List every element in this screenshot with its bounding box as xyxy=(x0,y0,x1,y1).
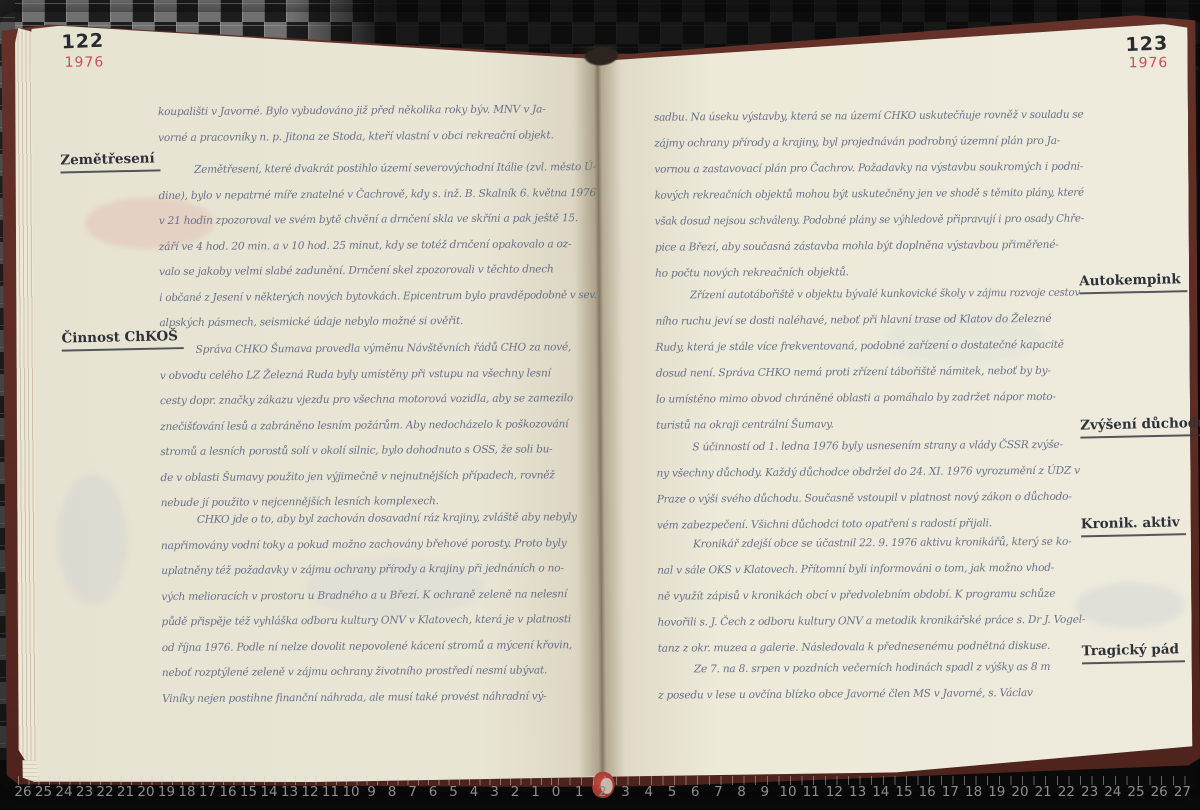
handwritten-line: vorné a pracovníky n. p. Jitona ze Stoda… xyxy=(158,123,590,152)
handwritten-line: ního ruchu jeví se dosti naléhavé, neboť… xyxy=(655,306,1079,335)
handwritten-line: Zemětřesení, které dvakrát postihlo územ… xyxy=(158,155,587,183)
handwritten-line: dosud není. Správa CHKO nemá proti zříze… xyxy=(656,358,1080,387)
handwritten-line: Praze o výši svého důchodu. Současně vst… xyxy=(657,484,1081,513)
handwritten-line: Zřízení autotábořiště v objektu bývalé k… xyxy=(655,280,1064,309)
handwritten-line: Rudy, která je stále více frekventovaná,… xyxy=(656,332,1080,361)
paragraph: S účinností od 1. ledna 1976 byly usnese… xyxy=(656,432,1081,539)
handwritten-line: valo se jakoby velmi slabé zadunění. Drn… xyxy=(159,257,591,286)
handwritten-line: vornou a zastavovací plán pro Čachrov. P… xyxy=(654,154,1076,183)
handwritten-line: alpských pásmech, seismické údaje nebylo… xyxy=(159,308,591,337)
page-number-stamp-right: 123 xyxy=(1125,32,1169,56)
handwritten-line: znečišťování lesů a zabráněno lesním pož… xyxy=(160,412,592,441)
ink-bleed xyxy=(56,474,127,604)
paragraph: Ze 7. na 8. srpen v pozdních večerních h… xyxy=(658,654,1082,709)
handwritten-line: půdě přispěje též vyhláška odboru kultur… xyxy=(161,607,593,636)
left-page-handwriting: koupališti v Javorné. Bylo vybudováno ji… xyxy=(157,16,594,779)
margin-note: Tragický pád xyxy=(1082,641,1186,664)
paragraph: sadbu. Na úseku výstavby, která se na úz… xyxy=(654,102,1079,287)
handwritten-line: de v oblasti Šumavy použito jen výjimečn… xyxy=(160,463,592,492)
handwritten-line: koupališti v Javorné. Bylo vybudováno ji… xyxy=(158,97,590,126)
handwritten-line: v obvodu celého LZ Železná Ruda byly umí… xyxy=(160,361,592,390)
handwritten-line: z posedu v lese u ovčína blízko obce Jav… xyxy=(658,680,1082,709)
chronicle-photo: 122 1976 123 1976 ZemětřeseníČinnost ChK… xyxy=(0,0,1200,810)
paragraph: Správa CHKO Šumava provedla výměnu Návšt… xyxy=(160,335,593,517)
handwritten-line: ny všechny důchody. Každý důchodce obdrž… xyxy=(656,458,1080,487)
handwritten-line: lo umístěno mimo obvod chráněné oblasti … xyxy=(656,384,1080,413)
margin-note: Kronik. aktiv xyxy=(1081,514,1186,537)
handwritten-line: hovořili s. J. Čech z odboru kultury ONV… xyxy=(657,607,1081,636)
paragraph: Kronikář zdejší obce se účastnil 22. 9. … xyxy=(657,529,1082,662)
handwritten-line: dine), bylo v nepatrné míře znatelné v Č… xyxy=(158,181,588,210)
paragraph: Zřízení autotábořiště v objektu bývalé k… xyxy=(655,280,1080,439)
handwritten-line: napřimovány vodní toky a pokud možno zac… xyxy=(161,531,593,560)
handwritten-line: CHKO jde o to, aby byl zachován dosavadn… xyxy=(161,505,593,534)
paragraph: koupališti v Javorné. Bylo vybudováno ji… xyxy=(158,97,590,151)
handwritten-line: od října 1976. Podle ní nelze dovolit ne… xyxy=(162,633,594,662)
handwritten-line: zájmy ochrany přírody a krajiny, byl pro… xyxy=(654,128,1078,157)
bookmark-ribbon-icon xyxy=(593,768,619,798)
handwritten-line: S účinností od 1. ledna 1976 byly usnese… xyxy=(656,432,1080,461)
handwritten-line: kových rekreačních objektů mohou být usk… xyxy=(654,180,1065,209)
handwritten-line: uplatněny též požadavky v zájmu ochrany … xyxy=(161,556,593,585)
right-page-handwriting: sadbu. Na úseku výstavby, která se na úz… xyxy=(653,13,1082,776)
handwritten-line: září ve 4 hod. 20 min. a v 10 hod. 25 mi… xyxy=(159,232,591,261)
handwritten-line: pice a Březí, aby současná zástavba mohl… xyxy=(655,232,1079,261)
handwritten-line: sadbu. Na úseku výstavby, která se na úz… xyxy=(654,102,1073,131)
handwritten-line: i občané z Jesení v některých nových byt… xyxy=(159,283,579,311)
handwritten-line: Viníky nejen postihne finanční náhrada, … xyxy=(162,684,594,713)
margin-note: Zvýšení důchodů xyxy=(1080,415,1200,439)
paragraph: Zemětřesení, které dvakrát postihlo územ… xyxy=(158,155,591,337)
margin-note: Zemětřesení xyxy=(60,150,161,173)
handwritten-line: však dosud nejsou schváleny. Podobné plá… xyxy=(655,206,1067,235)
page-number-stamp-left: 122 xyxy=(61,30,105,54)
handwritten-line: vých melioracích v prostoru u Bradného a… xyxy=(161,582,593,611)
handwritten-line: cesty dopr. značky zákazu vjezdu pro vše… xyxy=(160,386,592,415)
handwritten-line: Správa CHKO Šumava provedla výměnu Návšt… xyxy=(160,335,592,364)
margin-note: Autokempink xyxy=(1079,271,1187,294)
handwritten-line: stromů a lesních porostů solí v okolí si… xyxy=(160,437,592,466)
handwritten-line: ně využít zápisů v kronikách obcí v před… xyxy=(657,581,1081,610)
handwritten-line: nal v sále OKS v Klatovech. Přítomní byl… xyxy=(657,555,1081,584)
paragraph: CHKO jde o to, aby byl zachován dosavadn… xyxy=(161,505,594,712)
handwritten-line: Ze 7. na 8. srpen v pozdních večerních h… xyxy=(658,654,1082,683)
handwritten-line: neboť rozptýlené zeleně v zájmu ochrany … xyxy=(162,658,594,687)
handwritten-line: v 21 hodin zpozoroval ve svém bytě chvěn… xyxy=(159,206,591,235)
handwritten-line: Kronikář zdejší obce se účastnil 22. 9. … xyxy=(657,529,1081,558)
year-stamp-right: 1976 xyxy=(1129,55,1169,71)
open-book: 122 1976 123 1976 ZemětřeseníČinnost ChK… xyxy=(1,12,1200,792)
year-stamp-left: 1976 xyxy=(65,54,105,70)
